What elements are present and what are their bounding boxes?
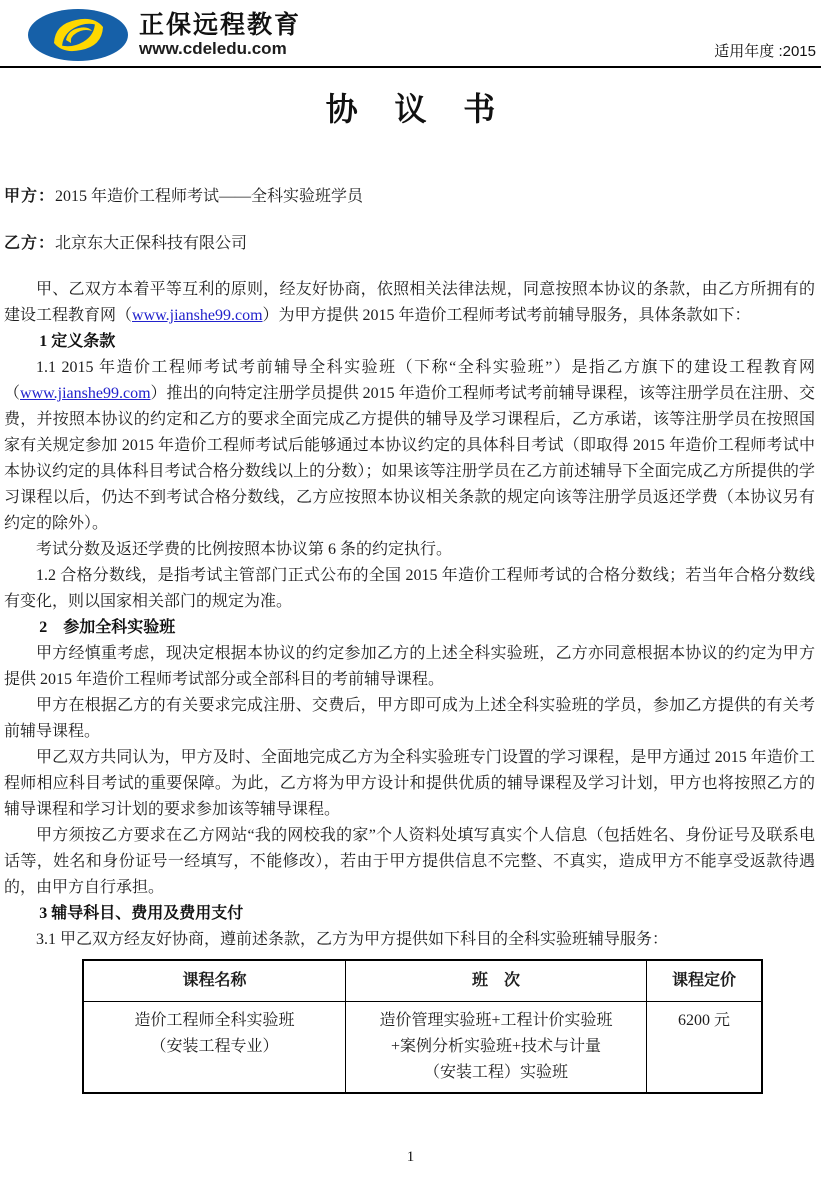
- class-sessions-cell: 造价管理实验班+工程计价实验班 +案例分析实验班+技术与计量 （安装工程）实验班: [346, 1002, 647, 1094]
- document-body: 甲方：2015 年造价工程师考试——全科实验班学员 乙方：北京东大正保科技有限公…: [0, 184, 821, 1094]
- applicable-year-label: 适用年度 :2015: [714, 40, 816, 63]
- party-a-label: 甲方：: [4, 188, 55, 205]
- section-3-heading: 3 辅导科目、费用及费用支付: [4, 901, 815, 927]
- logo: 正保远程教育 www.cdeledu.com: [26, 7, 301, 63]
- intro-paragraph: 甲、乙双方本着平等互利的原则，经友好协商，依照相关法律法规，同意按照本协议的条款…: [4, 277, 815, 329]
- section-1-heading: 1 定义条款: [4, 329, 815, 355]
- jianshe99-link-2[interactable]: www.jianshe99.com: [20, 385, 151, 402]
- section-2-paragraph-4: 甲方须按乙方要求在乙方网站“我的网校我的家”个人资料处填写真实个人信息（包括姓名…: [4, 823, 815, 901]
- party-b-line: 乙方：北京东大正保科技有限公司: [4, 231, 815, 257]
- course-name-cell: 造价工程师全科实验班 （安装工程专业）: [83, 1002, 346, 1094]
- table-header-class-sessions: 班 次: [346, 960, 647, 1002]
- clause-1-2-paragraph: 1.2 合格分数线，是指考试主管部门正式公布的全国 2015 年造价工程师考试的…: [4, 563, 815, 615]
- clause-1-1-note-paragraph: 考试分数及返还学费的比例按照本协议第 6 条的约定执行。: [4, 537, 815, 563]
- section-2-heading: 2 参加全科实验班: [4, 615, 815, 641]
- course-name-line-2: （安装工程专业）: [88, 1034, 341, 1060]
- party-b-value: 北京东大正保科技有限公司: [55, 235, 247, 252]
- course-name-line-1: 造价工程师全科实验班: [88, 1008, 341, 1034]
- table-header-course-name: 课程名称: [83, 960, 346, 1002]
- logo-brand-text: 正保远程教育: [139, 12, 301, 38]
- document-header: 正保远程教育 www.cdeledu.com 适用年度 :2015: [0, 0, 821, 68]
- logo-text: 正保远程教育 www.cdeledu.com: [139, 12, 301, 58]
- clause-3-1-paragraph: 3.1 甲乙双方经友好协商，遵前述条款，乙方为甲方提供如下科目的全科实验班辅导服…: [4, 927, 815, 953]
- table-header-course-price: 课程定价: [647, 960, 763, 1002]
- course-table: 课程名称 班 次 课程定价 造价工程师全科实验班 （安装工程专业） 造价管理实验…: [82, 959, 763, 1094]
- cdeledu-logo-icon: [26, 7, 130, 63]
- party-b-label: 乙方：: [4, 235, 55, 252]
- section-2-paragraph-1: 甲方经慎重考虑，现决定根据本协议的约定参加乙方的上述全科实验班，乙方亦同意根据本…: [4, 641, 815, 693]
- logo-website-text: www.cdeledu.com: [139, 40, 301, 58]
- class-sessions-line-3: （安装工程）实验班: [350, 1060, 642, 1086]
- clause-1-1-text-after-link: ）推出的向特定注册学员提供 2015 年造价工程师考试考前辅导课程，该等注册学员…: [4, 385, 815, 532]
- intro-text-after-link: ）为甲方提供 2015 年造价工程师考试考前辅导服务，具体条款如下：: [263, 307, 751, 324]
- party-a-line: 甲方：2015 年造价工程师考试——全科实验班学员: [4, 184, 815, 210]
- jianshe99-link[interactable]: www.jianshe99.com: [132, 307, 263, 324]
- document-title: 协 议 书: [0, 84, 821, 130]
- table-row: 造价工程师全科实验班 （安装工程专业） 造价管理实验班+工程计价实验班 +案例分…: [83, 1002, 762, 1094]
- table-header-row: 课程名称 班 次 课程定价: [83, 960, 762, 1002]
- class-sessions-line-1: 造价管理实验班+工程计价实验班: [350, 1008, 642, 1034]
- clause-1-1-paragraph: 1.1 2015 年造价工程师考试考前辅导全科实验班（下称“全科实验班”）是指乙…: [4, 355, 815, 537]
- class-sessions-line-2: +案例分析实验班+技术与计量: [350, 1034, 642, 1060]
- section-2-paragraph-3: 甲乙双方共同认为，甲方及时、全面地完成乙方为全科实验班专门设置的学习课程，是甲方…: [4, 745, 815, 823]
- section-2-paragraph-2: 甲方在根据乙方的有关要求完成注册、交费后，甲方即可成为上述全科实验班的学员，参加…: [4, 693, 815, 745]
- page-number: 1: [0, 1149, 821, 1166]
- course-price-cell: 6200 元: [647, 1002, 763, 1094]
- party-a-value: 2015 年造价工程师考试——全科实验班学员: [55, 188, 363, 205]
- document-page: 正保远程教育 www.cdeledu.com 适用年度 :2015 协 议 书 …: [0, 0, 821, 1182]
